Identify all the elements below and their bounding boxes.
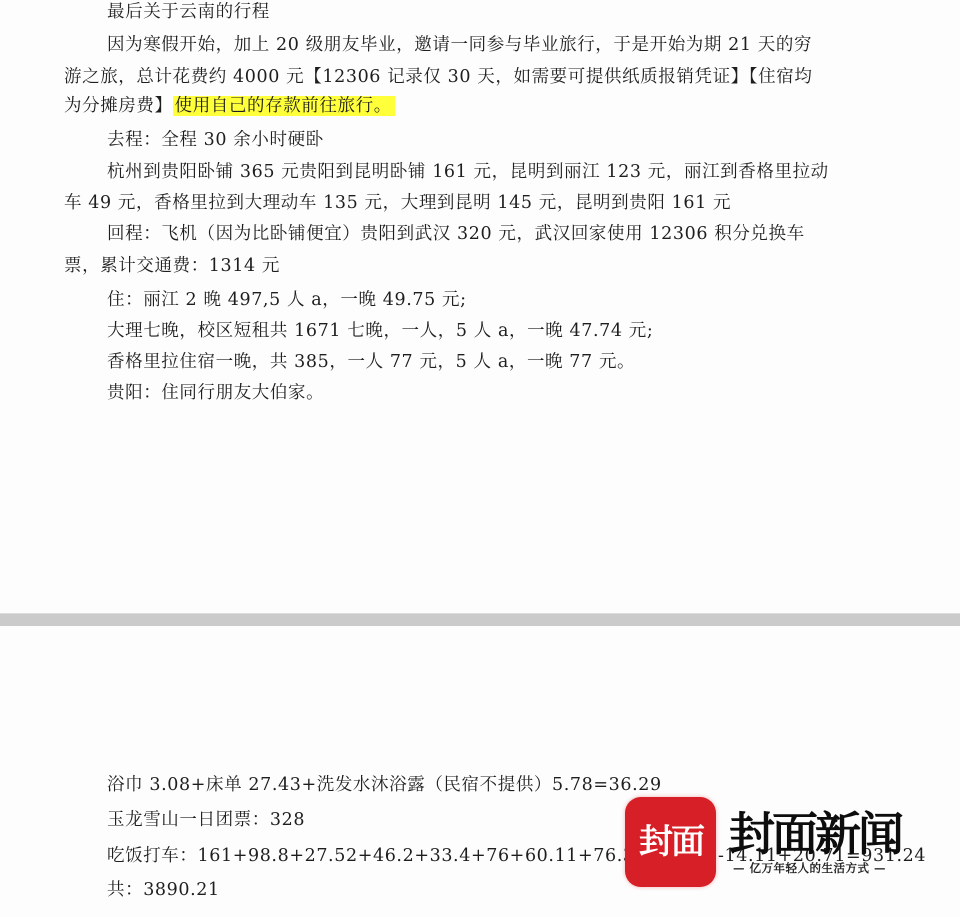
- document-page-top: 最后关于云南的行程 因为寒假开始，加上 20 级朋友毕业，邀请一同参与毕业旅行，…: [0, 0, 960, 600]
- paragraph-line-with-highlight: 为分摊房费】使用自己的存款前往旅行。: [64, 94, 395, 118]
- watermark-title: 封面新闻: [729, 809, 901, 859]
- lodging-line: 贵阳：住同行朋友大伯家。: [107, 381, 324, 405]
- highlighted-text: 使用自己的存款前往旅行。: [173, 96, 395, 116]
- return-line: 回程：飞机（因为比卧铺便宜）贵阳到武汉 320 元，武汉回家使用 12306 积…: [107, 222, 805, 246]
- cover-news-logo-icon: 封面: [625, 797, 716, 887]
- transport-line: 车 49 元，香格里拉到大理动车 135 元，大理到昆明 145 元，昆明到贵阳…: [64, 191, 731, 215]
- paragraph-line: 因为寒假开始，加上 20 级朋友毕业，邀请一同参与毕业旅行，于是开始为期 21 …: [107, 33, 812, 57]
- paragraph-text: 为分摊房费】: [64, 96, 173, 116]
- transport-total: 票，累计交通费：1314 元: [64, 254, 280, 278]
- expense-line: 玉龙雪山一日团票：328: [107, 808, 305, 832]
- lodging-line: 住：丽江 2 晚 497,5 人 a，一晚 49.75 元;: [107, 288, 467, 312]
- cover-news-watermark: 封面 封面新闻 — 亿万年轻人的生活方式 —: [625, 797, 925, 889]
- expense-line: 吃饭打车：161+98.8+27.52+46.2+33.4+76+60.11+7…: [107, 844, 635, 868]
- watermark-slogan: — 亿万年轻人的生活方式 —: [733, 861, 886, 875]
- outbound-heading: 去程：全程 30 余小时硬卧: [107, 128, 324, 152]
- lodging-line: 香格里拉住宿一晚，共 385，一人 77 元，5 人 a，一晚 77 元。: [107, 350, 635, 374]
- page-divider: [0, 613, 960, 627]
- transport-line: 杭州到贵阳卧铺 365 元贵阳到昆明卧铺 161 元，昆明到丽江 123 元，丽…: [107, 160, 829, 184]
- logo-badge-text: 封面: [628, 823, 714, 861]
- paragraph-line: 游之旅，总计花费约 4000 元【12306 记录仅 30 天，如需要可提供纸质…: [64, 65, 812, 89]
- expense-total: 共：3890.21: [107, 878, 220, 902]
- section-heading: 最后关于云南的行程: [107, 0, 270, 24]
- expense-line: 浴巾 3.08+床单 27.43+洗发水沐浴露（民宿不提供）5.78=36.29: [107, 773, 662, 797]
- lodging-line: 大理七晚，校区短租共 1671 七晚，一人，5 人 a，一晚 47.74 元;: [107, 319, 653, 343]
